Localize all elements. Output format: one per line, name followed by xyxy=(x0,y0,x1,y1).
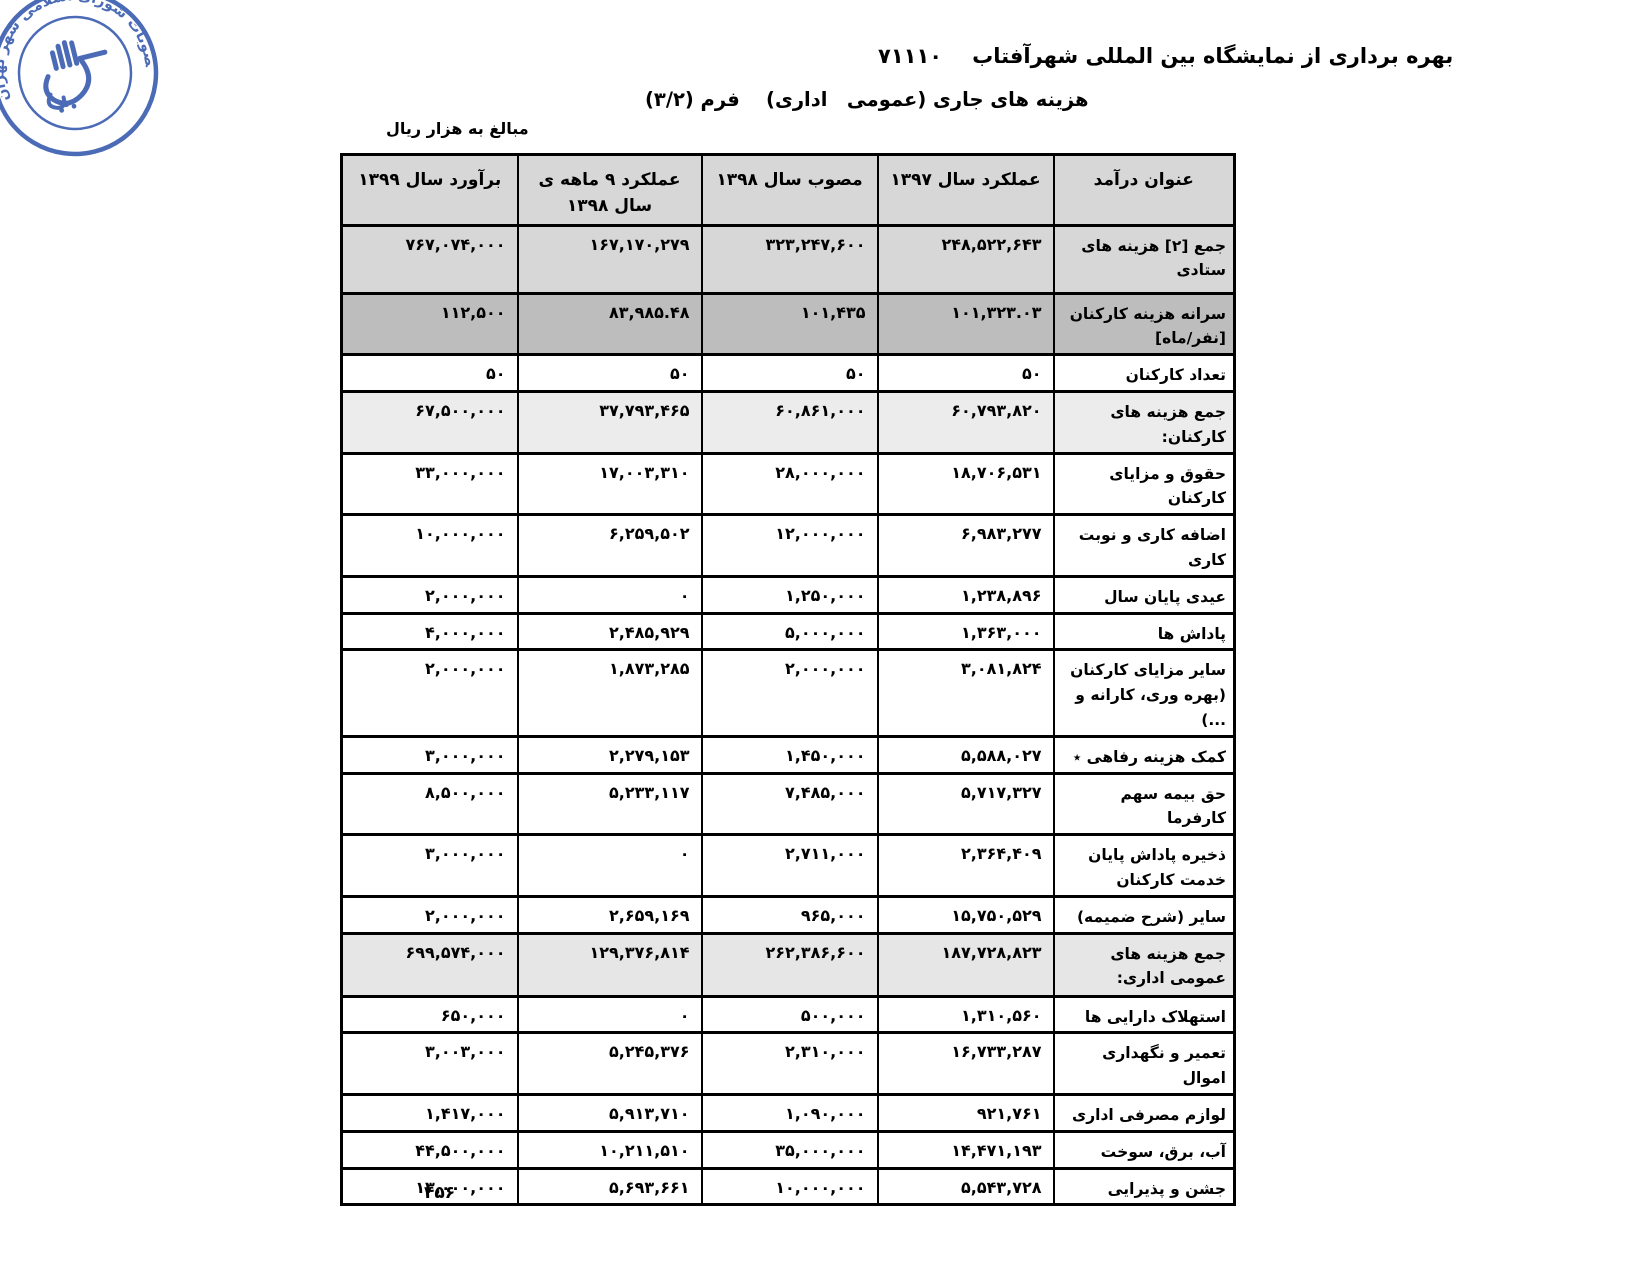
value-cell: ۲۶۲,۳۸۶,۶۰۰ xyxy=(702,933,878,996)
table-row: حقوق و مزایای کارکنان۱۸,۷۰۶,۵۳۱۲۸,۰۰۰,۰۰… xyxy=(342,453,1235,515)
value-cell: ۴۴,۵۰۰,۰۰۰ xyxy=(342,1131,518,1168)
value-cell: ۲۸,۰۰۰,۰۰۰ xyxy=(702,453,878,515)
value-cell: ۱۵,۷۵۰,۵۲۹ xyxy=(878,896,1054,933)
value-cell: ۱۰۱,۳۲۳.۰۳ xyxy=(878,293,1054,355)
row-label: سرانه هزینه کارکنان [نفر/ماه] xyxy=(1054,293,1235,355)
value-cell: ۱۲۹,۳۷۶,۸۱۴ xyxy=(518,933,702,996)
value-cell: ۴,۰۰۰,۰۰۰ xyxy=(342,613,518,650)
value-cell: ۱,۳۱۰,۵۶۰ xyxy=(878,996,1054,1033)
column-header: عملکرد سال ۱۳۹۷ xyxy=(878,155,1054,226)
row-label: لوازم مصرفی اداری xyxy=(1054,1095,1235,1132)
value-cell: ۲,۴۸۵,۹۲۹ xyxy=(518,613,702,650)
row-label: اضافه کاری و نوبت کاری xyxy=(1054,515,1235,577)
row-label: کمک هزینه رفاهی ٭ xyxy=(1054,736,1235,773)
table-row: حق بیمه سهم کارفرما۵,۷۱۷,۳۲۷۷,۴۸۵,۰۰۰۵,۲… xyxy=(342,773,1235,835)
document-title-line: ۷۱۱۱۰ بهره برداری از نمایشگاه بین المللی… xyxy=(878,44,1453,68)
budget-table-header: عنوان درآمدعملکرد سال ۱۳۹۷مصوب سال ۱۳۹۸ع… xyxy=(342,155,1235,226)
value-cell: ۱۸,۷۰۶,۵۳۱ xyxy=(878,453,1054,515)
amounts-unit-note: مبالغ به هزار ریال xyxy=(386,119,529,138)
table-row: سرانه هزینه کارکنان [نفر/ماه]۱۰۱,۳۲۳.۰۳۱… xyxy=(342,293,1235,355)
value-cell: ۱۰,۰۰۰,۰۰۰ xyxy=(342,515,518,577)
value-cell: ۲,۰۰۰,۰۰۰ xyxy=(342,650,518,736)
value-cell: ۰ xyxy=(518,996,702,1033)
value-cell: ۶۷,۵۰۰,۰۰۰ xyxy=(342,392,518,454)
table-row: جمع هزینه های کارکنان:۶۰,۷۹۳,۸۲۰۶۰,۸۶۱,۰… xyxy=(342,392,1235,454)
table-row: اضافه کاری و نوبت کاری۶,۹۸۳,۲۷۷۱۲,۰۰۰,۰۰… xyxy=(342,515,1235,577)
value-cell: ۵۰ xyxy=(878,355,1054,392)
value-cell: ۵,۹۱۳,۷۱۰ xyxy=(518,1095,702,1132)
value-cell: ۳,۰۸۱,۸۲۴ xyxy=(878,650,1054,736)
table-row: لوازم مصرفی اداری۹۲۱,۷۶۱۱,۰۹۰,۰۰۰۵,۹۱۳,۷… xyxy=(342,1095,1235,1132)
value-cell: ۶۹۹,۵۷۴,۰۰۰ xyxy=(342,933,518,996)
table-row: ذخیره پاداش پایان خدمت کارکنان۲,۳۶۴,۴۰۹۲… xyxy=(342,835,1235,897)
value-cell: ۵,۲۴۵,۳۷۶ xyxy=(518,1033,702,1095)
value-cell: ۲,۰۰۰,۰۰۰ xyxy=(342,896,518,933)
row-label: پاداش ها xyxy=(1054,613,1235,650)
value-cell: ۵۰ xyxy=(702,355,878,392)
value-cell: ۹۶۵,۰۰۰ xyxy=(702,896,878,933)
table-row: پاداش ها۱,۳۶۳,۰۰۰۵,۰۰۰,۰۰۰۲,۴۸۵,۹۲۹۴,۰۰۰… xyxy=(342,613,1235,650)
council-stamp-graphic: اداره مصوبات شورای اسلامی شهر تهران xyxy=(0,0,183,181)
table-row: جمع هزینه های عمومی اداری:۱۸۷,۷۲۸,۸۲۳۲۶۲… xyxy=(342,933,1235,996)
value-cell: ۸,۵۰۰,۰۰۰ xyxy=(342,773,518,835)
value-cell: ۵,۰۰۰,۰۰۰ xyxy=(702,613,878,650)
value-cell: ۵,۵۴۳,۷۲۸ xyxy=(878,1168,1054,1205)
value-cell: ۳۵,۰۰۰,۰۰۰ xyxy=(702,1131,878,1168)
value-cell: ۵,۷۱۷,۳۲۷ xyxy=(878,773,1054,835)
value-cell: ۱۶,۷۳۳,۲۸۷ xyxy=(878,1033,1054,1095)
value-cell: ۲,۳۱۰,۰۰۰ xyxy=(702,1033,878,1095)
table-row: استهلاک دارایی ها۱,۳۱۰,۵۶۰۵۰۰,۰۰۰۰۶۵۰,۰۰… xyxy=(342,996,1235,1033)
table-row: تعداد کارکنان۵۰۵۰۵۰۵۰ xyxy=(342,355,1235,392)
column-header: عنوان درآمد xyxy=(1054,155,1235,226)
form-code: ۷۱۱۱۰ xyxy=(878,44,942,68)
value-cell: ۵۰ xyxy=(518,355,702,392)
council-stamp: اداره مصوبات شورای اسلامی شهر تهران xyxy=(0,0,183,181)
page-number: ۴۵۶ xyxy=(424,1183,455,1203)
form-title: بهره برداری از نمایشگاه بین المللی شهرآف… xyxy=(972,44,1453,68)
value-cell: ۱۲,۰۰۰,۰۰۰ xyxy=(702,515,878,577)
value-cell: ۲,۶۵۹,۱۶۹ xyxy=(518,896,702,933)
value-cell: ۲,۰۰۰,۰۰۰ xyxy=(342,576,518,613)
table-row: سایر (شرح ضمیمه)۱۵,۷۵۰,۵۲۹۹۶۵,۰۰۰۲,۶۵۹,۱… xyxy=(342,896,1235,933)
row-label: استهلاک دارایی ها xyxy=(1054,996,1235,1033)
value-cell: ۱۱۲,۵۰۰ xyxy=(342,293,518,355)
table-row: جشن و پذیرایی۵,۵۴۳,۷۲۸۱۰,۰۰۰,۰۰۰۵,۶۹۳,۶۶… xyxy=(342,1168,1235,1205)
value-cell: ۱۷,۰۰۳,۳۱۰ xyxy=(518,453,702,515)
row-label: جمع هزینه های کارکنان: xyxy=(1054,392,1235,454)
value-cell: ۳,۰۰۳,۰۰۰ xyxy=(342,1033,518,1095)
value-cell: ۱,۴۵۰,۰۰۰ xyxy=(702,736,878,773)
value-cell: ۹۲۱,۷۶۱ xyxy=(878,1095,1054,1132)
value-cell: ۸۳,۹۸۵.۴۸ xyxy=(518,293,702,355)
value-cell: ۱,۲۵۰,۰۰۰ xyxy=(702,576,878,613)
value-cell: ۳۷,۷۹۳,۴۶۵ xyxy=(518,392,702,454)
row-label: سایر مزایای کارکنان (بهره وری، کارانه و … xyxy=(1054,650,1235,736)
value-cell: ۵,۲۳۳,۱۱۷ xyxy=(518,773,702,835)
value-cell: ۵۰ xyxy=(342,355,518,392)
table-row: کمک هزینه رفاهی ٭۵,۵۸۸,۰۲۷۱,۴۵۰,۰۰۰۲,۲۷۹… xyxy=(342,736,1235,773)
value-cell: ۶,۲۵۹,۵۰۲ xyxy=(518,515,702,577)
value-cell: ۱۸۷,۷۲۸,۸۲۳ xyxy=(878,933,1054,996)
budget-table-body: جمع [۲] هزینه های ستادی۲۴۸,۵۲۲,۶۴۳۳۲۳,۲۴… xyxy=(342,225,1235,1205)
table-row: عیدی پایان سال۱,۲۳۸,۸۹۶۱,۲۵۰,۰۰۰۰۲,۰۰۰,۰… xyxy=(342,576,1235,613)
value-cell: ۱۶۷,۱۷۰,۲۷۹ xyxy=(518,225,702,293)
column-header: برآورد سال ۱۳۹۹ xyxy=(342,155,518,226)
budget-table-container: عنوان درآمدعملکرد سال ۱۳۹۷مصوب سال ۱۳۹۸ع… xyxy=(340,153,1236,1206)
value-cell: ۵,۶۹۳,۶۶۱ xyxy=(518,1168,702,1205)
row-label: ذخیره پاداش پایان خدمت کارکنان xyxy=(1054,835,1235,897)
value-cell: ۶,۹۸۳,۲۷۷ xyxy=(878,515,1054,577)
row-label: سایر (شرح ضمیمه) xyxy=(1054,896,1235,933)
value-cell: ۵,۵۸۸,۰۲۷ xyxy=(878,736,1054,773)
column-header: عملکرد ۹ ماهه ی سال ۱۳۹۸ xyxy=(518,155,702,226)
value-cell: ۱,۰۹۰,۰۰۰ xyxy=(702,1095,878,1132)
value-cell: ۲,۳۶۴,۴۰۹ xyxy=(878,835,1054,897)
value-cell: ۱,۲۳۸,۸۹۶ xyxy=(878,576,1054,613)
value-cell: ۱۴,۴۷۱,۱۹۳ xyxy=(878,1131,1054,1168)
row-label: جمع هزینه های عمومی اداری: xyxy=(1054,933,1235,996)
value-cell: ۵۰۰,۰۰۰ xyxy=(702,996,878,1033)
table-row: تعمیر و نگهداری اموال۱۶,۷۳۳,۲۸۷۲,۳۱۰,۰۰۰… xyxy=(342,1033,1235,1095)
row-label: تعداد کارکنان xyxy=(1054,355,1235,392)
value-cell: ۰ xyxy=(518,576,702,613)
value-cell: ۳۲۳,۲۴۷,۶۰۰ xyxy=(702,225,878,293)
row-label: جشن و پذیرایی xyxy=(1054,1168,1235,1205)
table-row: آب، برق، سوخت۱۴,۴۷۱,۱۹۳۳۵,۰۰۰,۰۰۰۱۰,۲۱۱,… xyxy=(342,1131,1235,1168)
value-cell: ۱,۳۶۳,۰۰۰ xyxy=(878,613,1054,650)
table-row: سایر مزایای کارکنان (بهره وری، کارانه و … xyxy=(342,650,1235,736)
value-cell: ۱,۸۷۳,۲۸۵ xyxy=(518,650,702,736)
value-cell: ۲,۷۱۱,۰۰۰ xyxy=(702,835,878,897)
value-cell: ۱۰۱,۴۳۵ xyxy=(702,293,878,355)
value-cell: ۰ xyxy=(518,835,702,897)
value-cell: ۱۰,۰۰۰,۰۰۰ xyxy=(702,1168,878,1205)
table-row: جمع [۲] هزینه های ستادی۲۴۸,۵۲۲,۶۴۳۳۲۳,۲۴… xyxy=(342,225,1235,293)
value-cell: ۲,۲۷۹,۱۵۳ xyxy=(518,736,702,773)
value-cell: ۶۰,۸۶۱,۰۰۰ xyxy=(702,392,878,454)
value-cell: ۳,۰۰۰,۰۰۰ xyxy=(342,835,518,897)
budget-table: عنوان درآمدعملکرد سال ۱۳۹۷مصوب سال ۱۳۹۸ع… xyxy=(340,153,1236,1206)
row-label: حقوق و مزایای کارکنان xyxy=(1054,453,1235,515)
value-cell: ۱,۴۱۷,۰۰۰ xyxy=(342,1095,518,1132)
column-header: مصوب سال ۱۳۹۸ xyxy=(702,155,878,226)
row-label: آب، برق، سوخت xyxy=(1054,1131,1235,1168)
row-label: عیدی پایان سال xyxy=(1054,576,1235,613)
value-cell: ۲۴۸,۵۲۲,۶۴۳ xyxy=(878,225,1054,293)
form-subtitle: هزینه های جاری (عمومی اداری) فرم (۳/۲) xyxy=(645,88,1089,111)
value-cell: ۳,۰۰۰,۰۰۰ xyxy=(342,736,518,773)
value-cell: ۲,۰۰۰,۰۰۰ xyxy=(702,650,878,736)
row-label: جمع [۲] هزینه های ستادی xyxy=(1054,225,1235,293)
value-cell: ۱۰,۲۱۱,۵۱۰ xyxy=(518,1131,702,1168)
value-cell: ۷۶۷,۰۷۴,۰۰۰ xyxy=(342,225,518,293)
value-cell: ۶۵۰,۰۰۰ xyxy=(342,996,518,1033)
row-label: حق بیمه سهم کارفرما xyxy=(1054,773,1235,835)
value-cell: ۷,۴۸۵,۰۰۰ xyxy=(702,773,878,835)
value-cell: ۳۳,۰۰۰,۰۰۰ xyxy=(342,453,518,515)
row-label: تعمیر و نگهداری اموال xyxy=(1054,1033,1235,1095)
value-cell: ۶۰,۷۹۳,۸۲۰ xyxy=(878,392,1054,454)
council-emblem-icon xyxy=(36,34,116,110)
